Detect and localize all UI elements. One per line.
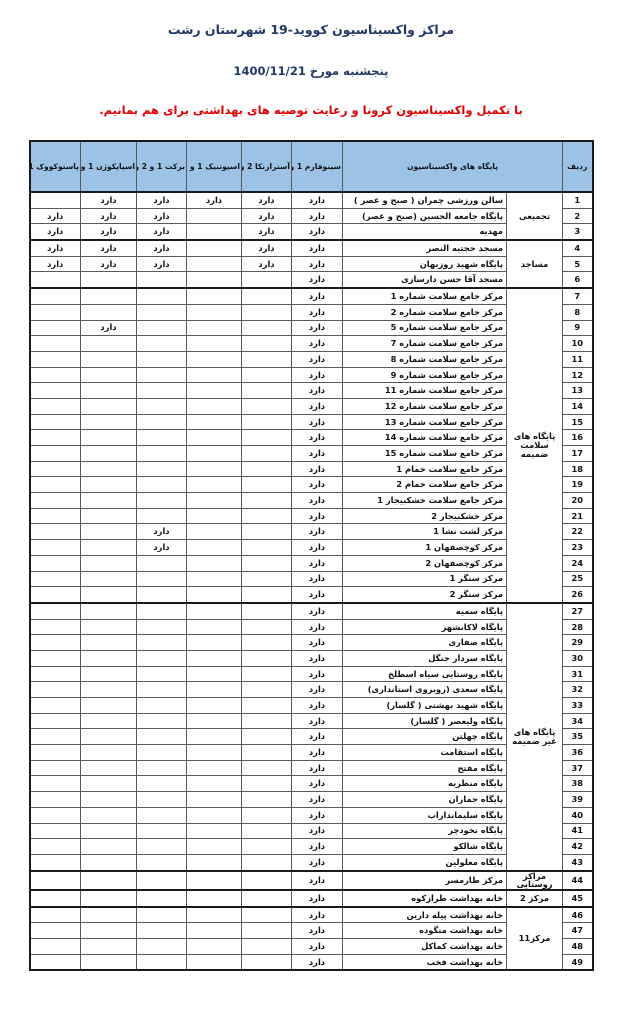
date-line: پنجشنبه مورخ 1400/11/21 — [0, 64, 622, 78]
vaccine-availability-cell — [137, 745, 187, 761]
vaccine-availability-cell — [137, 666, 187, 682]
vaccine-availability-cell: دارد — [292, 240, 343, 256]
vaccine-availability-cell: دارد — [137, 240, 187, 256]
vaccine-availability-cell: دارد — [292, 745, 343, 761]
vaccine-availability-cell: دارد — [292, 682, 343, 698]
vaccine-availability-cell — [187, 540, 242, 556]
vaccine-availability-cell — [30, 619, 81, 635]
vaccine-availability-cell: دارد — [292, 907, 343, 923]
vaccine-availability-cell — [242, 729, 292, 745]
vaccine-availability-cell — [187, 650, 242, 666]
vaccine-availability-cell — [242, 493, 292, 509]
vaccine-availability-cell — [81, 823, 137, 839]
station-name-cell: مرکز کوچصفهان 1 — [343, 540, 507, 556]
vaccine-availability-cell: دارد — [242, 192, 292, 208]
vaccine-availability-cell — [242, 682, 292, 698]
vaccine-availability-cell — [187, 603, 242, 619]
station-name-cell: مرکز کوچصفهان 2 — [343, 555, 507, 571]
vaccine-availability-cell: دارد — [292, 823, 343, 839]
vaccine-availability-cell — [81, 807, 137, 823]
page-title: مراکز واکسیناسیون کووید-19 شهرستان رشت — [0, 22, 622, 37]
vaccine-availability-cell — [187, 208, 242, 224]
vaccine-availability-cell — [187, 807, 242, 823]
vaccine-availability-cell — [81, 555, 137, 571]
health-notice: با تکمیل واکسیناسیون کرونا و رعایت توصیه… — [0, 103, 622, 117]
row-number-cell: 17 — [563, 446, 593, 462]
vaccine-availability-cell — [242, 871, 292, 890]
vaccine-availability-cell — [187, 854, 242, 870]
vaccine-availability-cell: دارد — [292, 383, 343, 399]
vaccine-availability-cell — [30, 807, 81, 823]
row-number-cell: 36 — [563, 745, 593, 761]
station-name-cell: مرکز طارمسر — [343, 871, 507, 890]
vaccine-availability-cell — [81, 792, 137, 808]
vaccine-availability-cell — [137, 555, 187, 571]
row-number-cell: 15 — [563, 414, 593, 430]
vaccine-availability-cell: دارد — [292, 713, 343, 729]
vaccine-availability-cell: دارد — [30, 256, 81, 272]
vaccine-availability-cell: دارد — [292, 792, 343, 808]
vaccine-availability-cell — [187, 367, 242, 383]
table-row: 7پایگاه های سلامت ضمیمهمرکز جامع سلامت ش… — [30, 288, 593, 304]
table-row: 44مراکز روستاییمرکز طارمسردارد — [30, 871, 593, 890]
vaccine-availability-cell — [137, 939, 187, 955]
vaccine-availability-cell — [242, 320, 292, 336]
vaccine-availability-cell — [30, 288, 81, 304]
vaccine-availability-cell — [81, 540, 137, 556]
vaccine-availability-cell: دارد — [292, 540, 343, 556]
vaccine-availability-cell: دارد — [137, 224, 187, 240]
vaccine-availability-cell — [242, 540, 292, 556]
vaccine-availability-cell — [30, 871, 81, 890]
vaccine-availability-cell — [81, 890, 137, 907]
row-number-cell: 39 — [563, 792, 593, 808]
vaccine-availability-cell: دارد — [292, 619, 343, 635]
vaccine-availability-cell: دارد — [292, 650, 343, 666]
vaccine-availability-cell — [187, 430, 242, 446]
row-number-cell: 8 — [563, 304, 593, 320]
category-cell: مرکز 2 — [507, 890, 563, 907]
vaccine-availability-cell — [30, 745, 81, 761]
vaccine-availability-cell — [81, 571, 137, 587]
station-name-cell: مرکز لشت نشا 1 — [343, 524, 507, 540]
row-number-cell: 41 — [563, 823, 593, 839]
vaccine-availability-cell — [242, 635, 292, 651]
station-name-cell: مرکز جامع سلامت شماره 11 — [343, 383, 507, 399]
vaccine-availability-cell: دارد — [292, 508, 343, 524]
row-number-cell: 5 — [563, 256, 593, 272]
row-number-cell: 37 — [563, 760, 593, 776]
station-name-cell: پایگاه معلولین — [343, 854, 507, 870]
vaccine-availability-cell — [187, 792, 242, 808]
vaccine-availability-cell: دارد — [292, 698, 343, 714]
vaccine-availability-cell: دارد — [137, 208, 187, 224]
vaccine-availability-cell — [137, 587, 187, 603]
vaccine-availability-cell — [242, 383, 292, 399]
station-name-cell: پایگاه لاکانشهر — [343, 619, 507, 635]
vaccine-availability-cell — [30, 493, 81, 509]
vaccine-availability-cell — [242, 713, 292, 729]
station-name-cell: پایگاه منظریه — [343, 776, 507, 792]
vaccine-availability-cell — [242, 367, 292, 383]
vaccine-availability-cell — [81, 954, 137, 970]
station-name-cell: پایگاه شهید روزبهان — [343, 256, 507, 272]
vaccine-availability-cell — [242, 446, 292, 462]
vaccine-availability-cell — [81, 367, 137, 383]
table-row: 1تجمیعیسالن ورزشی چمران ( صبح و عصر )دار… — [30, 192, 593, 208]
vaccine-availability-cell — [187, 635, 242, 651]
row-number-cell: 38 — [563, 776, 593, 792]
vaccine-availability-cell: دارد — [292, 477, 343, 493]
vaccine-availability-cell — [137, 713, 187, 729]
vaccine-availability-cell — [137, 430, 187, 446]
vaccine-availability-cell: دارد — [292, 461, 343, 477]
vaccine-availability-cell — [81, 508, 137, 524]
vaccine-availability-cell — [30, 854, 81, 870]
vaccine-availability-cell — [30, 635, 81, 651]
vaccine-availability-cell — [30, 508, 81, 524]
station-name-cell: پایگاه نخودچر — [343, 823, 507, 839]
vaccine-availability-cell — [187, 272, 242, 288]
table-row: 46مرکز11خانه بهداشت پیله داریندارد — [30, 907, 593, 923]
row-number-cell: 35 — [563, 729, 593, 745]
vaccine-availability-cell: دارد — [242, 256, 292, 272]
row-number-cell: 42 — [563, 839, 593, 855]
vaccine-availability-cell — [187, 745, 242, 761]
vaccine-availability-cell — [137, 477, 187, 493]
station-name-cell: مرکز سنگر 1 — [343, 571, 507, 587]
vaccine-availability-cell: دارد — [292, 603, 343, 619]
vaccine-availability-cell — [137, 682, 187, 698]
vaccine-availability-cell — [30, 823, 81, 839]
document-header: مراکز واکسیناسیون کووید-19 شهرستان رشت پ… — [0, 0, 622, 117]
vaccine-availability-cell — [187, 587, 242, 603]
vaccine-availability-cell — [137, 603, 187, 619]
row-number-cell: 24 — [563, 555, 593, 571]
vaccine-availability-cell — [242, 571, 292, 587]
row-number-cell: 29 — [563, 635, 593, 651]
station-name-cell: پایگاه سعدی (روبروی استانداری) — [343, 682, 507, 698]
vaccine-availability-cell — [30, 383, 81, 399]
vaccine-availability-cell: دارد — [242, 240, 292, 256]
station-name-cell: مرکز جامع سلامت شماره 13 — [343, 414, 507, 430]
vaccine-availability-cell: دارد — [292, 760, 343, 776]
vaccine-availability-cell — [81, 288, 137, 304]
vaccine-availability-cell — [81, 745, 137, 761]
vaccine-availability-cell — [187, 619, 242, 635]
vaccine-availability-cell: دارد — [292, 256, 343, 272]
vaccine-availability-cell — [137, 446, 187, 462]
vaccine-availability-cell — [81, 272, 137, 288]
vaccine-availability-cell — [137, 729, 187, 745]
vaccine-availability-cell — [30, 713, 81, 729]
vaccine-availability-cell — [30, 540, 81, 556]
vaccine-availability-cell — [187, 713, 242, 729]
vaccine-availability-cell: دارد — [292, 288, 343, 304]
vaccine-availability-cell — [81, 587, 137, 603]
vaccine-availability-cell — [30, 682, 81, 698]
vaccine-availability-cell — [242, 477, 292, 493]
row-number-cell: 33 — [563, 698, 593, 714]
vaccine-availability-cell — [137, 414, 187, 430]
row-number-cell: 40 — [563, 807, 593, 823]
vaccine-availability-cell: دارد — [292, 414, 343, 430]
station-name-cell: مهدیه — [343, 224, 507, 240]
category-cell: پایگاه های سلامت ضمیمه — [507, 288, 563, 603]
vaccine-availability-cell — [30, 430, 81, 446]
vaccine-availability-cell — [30, 587, 81, 603]
vaccine-availability-cell — [187, 555, 242, 571]
vaccine-availability-cell: دارد — [292, 336, 343, 352]
row-number-cell: 43 — [563, 854, 593, 870]
vaccine-availability-cell: دارد — [30, 224, 81, 240]
row-number-cell: 2 — [563, 208, 593, 224]
row-number-cell: 19 — [563, 477, 593, 493]
station-name-cell: پایگاه جامعه الحسین (صبح و عصر) — [343, 208, 507, 224]
vaccine-availability-cell — [30, 603, 81, 619]
vaccine-availability-cell — [187, 493, 242, 509]
column-header-pastocovac: پاستوکووک 1 و 2 — [30, 141, 81, 192]
vaccine-availability-cell — [137, 871, 187, 890]
station-name-cell: مرکز جامع سلامت شماره 5 — [343, 320, 507, 336]
station-name-cell: خانه بهداشت منگوده — [343, 923, 507, 939]
vaccine-availability-cell — [81, 760, 137, 776]
station-name-cell: پایگاه سردار جنگل — [343, 650, 507, 666]
row-number-cell: 45 — [563, 890, 593, 907]
vaccine-availability-cell — [137, 954, 187, 970]
vaccine-availability-cell — [187, 351, 242, 367]
station-name-cell: مرکز جامع سلامت شماره 15 — [343, 446, 507, 462]
row-number-cell: 26 — [563, 587, 593, 603]
station-name-cell: مرکز جامع سلامت خشکبیجار 1 — [343, 493, 507, 509]
vaccine-availability-cell: دارد — [292, 854, 343, 870]
vaccine-availability-cell — [242, 351, 292, 367]
vaccine-availability-cell — [30, 776, 81, 792]
vaccine-availability-cell — [242, 398, 292, 414]
vaccine-availability-cell — [187, 571, 242, 587]
vaccine-availability-cell: دارد — [292, 493, 343, 509]
column-header-sputnik: اسپوتنیک 1 و 2 و 3 — [187, 141, 242, 192]
vaccine-availability-cell — [137, 304, 187, 320]
column-header-barekat: برکت 1 و 2 و 3 — [137, 141, 187, 192]
vaccine-availability-cell — [187, 939, 242, 955]
vaccine-availability-cell — [30, 304, 81, 320]
vaccine-availability-cell — [242, 272, 292, 288]
vaccine-availability-cell — [187, 890, 242, 907]
vaccine-availability-cell: دارد — [292, 192, 343, 208]
row-number-cell: 18 — [563, 461, 593, 477]
row-number-cell: 46 — [563, 907, 593, 923]
vaccine-availability-cell — [242, 430, 292, 446]
vaccine-availability-cell — [242, 619, 292, 635]
vaccine-availability-cell: دارد — [292, 272, 343, 288]
vaccine-availability-cell — [137, 854, 187, 870]
vaccine-availability-cell — [30, 923, 81, 939]
vaccine-availability-cell: دارد — [81, 320, 137, 336]
station-name-cell: پایگاه جماران — [343, 792, 507, 808]
vaccine-availability-cell — [187, 288, 242, 304]
vaccine-availability-cell — [81, 619, 137, 635]
vaccine-availability-cell — [81, 304, 137, 320]
vaccine-availability-cell — [81, 682, 137, 698]
vaccine-availability-cell — [242, 823, 292, 839]
row-number-cell: 23 — [563, 540, 593, 556]
row-number-cell: 21 — [563, 508, 593, 524]
vaccine-availability-cell — [242, 760, 292, 776]
vaccine-availability-cell: دارد — [292, 890, 343, 907]
vaccine-availability-cell — [137, 792, 187, 808]
category-cell: مراکز روستایی — [507, 871, 563, 890]
vaccine-availability-cell — [187, 871, 242, 890]
vaccine-availability-cell — [30, 461, 81, 477]
vaccine-availability-cell — [242, 555, 292, 571]
vaccine-availability-cell — [242, 524, 292, 540]
row-number-cell: 34 — [563, 713, 593, 729]
vaccine-availability-cell — [137, 571, 187, 587]
vaccine-availability-cell: دارد — [292, 524, 343, 540]
row-number-cell: 28 — [563, 619, 593, 635]
vaccine-availability-cell — [30, 272, 81, 288]
vaccine-availability-cell — [187, 224, 242, 240]
vaccine-availability-cell — [81, 383, 137, 399]
vaccine-availability-cell — [81, 493, 137, 509]
vaccine-availability-cell — [242, 890, 292, 907]
vaccine-availability-cell — [30, 760, 81, 776]
vaccine-availability-cell — [81, 854, 137, 870]
vaccine-availability-cell: دارد — [292, 776, 343, 792]
category-cell: مرکز11 — [507, 907, 563, 971]
vaccine-availability-cell — [137, 619, 187, 635]
station-name-cell: خانه بهداشت طرازکوه — [343, 890, 507, 907]
row-number-cell: 30 — [563, 650, 593, 666]
vaccine-availability-cell — [242, 923, 292, 939]
vaccine-availability-cell — [30, 666, 81, 682]
vaccine-availability-cell — [137, 839, 187, 855]
station-name-cell: پایگاه صفاری — [343, 635, 507, 651]
station-name-cell: مسجد حجتیه النصر — [343, 240, 507, 256]
vaccine-availability-cell — [137, 398, 187, 414]
vaccine-availability-cell — [81, 650, 137, 666]
vaccine-availability-cell — [81, 477, 137, 493]
table-row: 45مرکز 2خانه بهداشت طرازکوهدارد — [30, 890, 593, 907]
vaccine-availability-cell — [137, 698, 187, 714]
vaccine-availability-cell — [30, 320, 81, 336]
vaccine-availability-cell: دارد — [292, 224, 343, 240]
station-name-cell: پایگاه سلیمانداراب — [343, 807, 507, 823]
vaccine-availability-cell — [187, 320, 242, 336]
vaccine-availability-cell: دارد — [81, 208, 137, 224]
vaccine-availability-cell — [187, 682, 242, 698]
category-cell: مساجد — [507, 240, 563, 288]
table-header-row: ردیف پایگاه های واکسیناسیون سینوفارم 1 و… — [30, 141, 593, 192]
station-name-cell: پایگاه مفتح — [343, 760, 507, 776]
column-header-sinopharm: سینوفارم 1 و 2 و 3 — [292, 141, 343, 192]
document-page: مراکز واکسیناسیون کووید-19 شهرستان رشت پ… — [0, 0, 622, 1024]
vaccine-availability-cell — [187, 823, 242, 839]
station-name-cell: مرکز جامع سلامت شماره 2 — [343, 304, 507, 320]
vaccine-availability-cell — [81, 336, 137, 352]
vaccine-availability-cell: دارد — [292, 635, 343, 651]
vaccine-availability-cell — [30, 907, 81, 923]
row-number-cell: 27 — [563, 603, 593, 619]
vaccine-availability-cell — [187, 240, 242, 256]
vaccine-availability-cell: دارد — [242, 208, 292, 224]
vaccine-availability-cell — [187, 666, 242, 682]
table-row: 4مساجدمسجد حجتیه النصردارددارددارددارددا… — [30, 240, 593, 256]
vaccine-availability-cell — [187, 907, 242, 923]
vaccine-availability-cell — [30, 367, 81, 383]
vaccination-table-body: 1تجمیعیسالن ورزشی چمران ( صبح و عصر )دار… — [30, 192, 593, 970]
row-number-cell: 10 — [563, 336, 593, 352]
vaccine-availability-cell — [30, 351, 81, 367]
vaccine-availability-cell — [242, 461, 292, 477]
vaccine-availability-cell — [30, 414, 81, 430]
row-number-cell: 14 — [563, 398, 593, 414]
vaccine-availability-cell — [81, 414, 137, 430]
vaccine-availability-cell — [81, 698, 137, 714]
vaccine-availability-cell: دارد — [292, 954, 343, 970]
row-number-cell: 49 — [563, 954, 593, 970]
vaccine-availability-cell — [81, 923, 137, 939]
station-name-cell: خانه بهداشت کماکل — [343, 939, 507, 955]
vaccine-availability-cell: دارد — [137, 192, 187, 208]
station-name-cell: پایگاه روستایی سیاه اسطلخ — [343, 666, 507, 682]
vaccine-availability-cell — [187, 760, 242, 776]
vaccine-availability-cell: دارد — [292, 430, 343, 446]
vaccine-availability-cell: دارد — [81, 256, 137, 272]
vaccine-availability-cell — [137, 923, 187, 939]
vaccine-availability-cell — [242, 666, 292, 682]
vaccine-availability-cell — [187, 508, 242, 524]
station-name-cell: مرکز جامع سلامت شماره 7 — [343, 336, 507, 352]
row-number-cell: 9 — [563, 320, 593, 336]
vaccine-availability-cell — [137, 650, 187, 666]
row-number-cell: 11 — [563, 351, 593, 367]
row-number-cell: 31 — [563, 666, 593, 682]
vaccine-availability-cell — [137, 907, 187, 923]
station-name-cell: پایگاه استقامت — [343, 745, 507, 761]
vaccine-availability-cell — [30, 890, 81, 907]
vaccine-availability-cell — [137, 351, 187, 367]
station-name-cell: خانه بهداشت فخب — [343, 954, 507, 970]
vaccine-availability-cell: دارد — [292, 923, 343, 939]
station-name-cell: مرکز خشکبیجار 2 — [343, 508, 507, 524]
row-number-cell: 20 — [563, 493, 593, 509]
vaccine-availability-cell — [30, 698, 81, 714]
column-header-stations: پایگاه های واکسیناسیون — [343, 141, 563, 192]
vaccine-availability-cell — [242, 508, 292, 524]
vaccine-availability-cell — [242, 336, 292, 352]
vaccine-availability-cell — [30, 524, 81, 540]
vaccine-availability-cell — [30, 954, 81, 970]
vaccine-availability-cell — [81, 907, 137, 923]
vaccine-availability-cell: دارد — [137, 540, 187, 556]
vaccine-availability-cell: دارد — [81, 224, 137, 240]
vaccine-availability-cell — [137, 367, 187, 383]
vaccine-availability-cell — [137, 383, 187, 399]
vaccine-availability-cell: دارد — [292, 939, 343, 955]
vaccine-availability-cell — [187, 461, 242, 477]
vaccine-availability-cell — [242, 807, 292, 823]
vaccine-availability-cell — [242, 792, 292, 808]
vaccine-availability-cell — [187, 524, 242, 540]
vaccine-availability-cell — [30, 336, 81, 352]
vaccine-availability-cell — [187, 398, 242, 414]
vaccine-availability-cell: دارد — [292, 351, 343, 367]
vaccine-availability-cell — [187, 336, 242, 352]
vaccine-availability-cell — [30, 939, 81, 955]
row-number-cell: 13 — [563, 383, 593, 399]
